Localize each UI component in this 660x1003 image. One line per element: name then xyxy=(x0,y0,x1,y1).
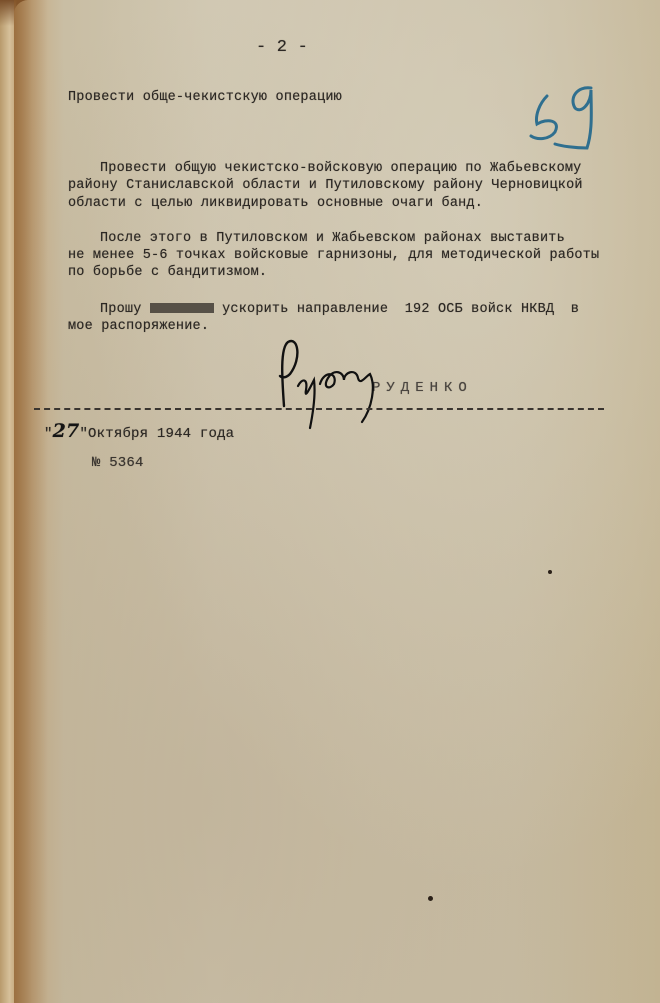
date-open-quote: " xyxy=(44,426,53,442)
paragraph-2-line-1: После этого в Путиловском и Жабьевском р… xyxy=(100,231,565,246)
paragraph-2-line-2: не менее 5-6 точках войсковые гарнизоны,… xyxy=(68,248,599,263)
paragraph-1-line-3: области с целью ликвидировать основные о… xyxy=(68,196,483,211)
date-day-handwritten: 27 xyxy=(53,420,80,442)
paragraph-3-start: Прошу xyxy=(100,302,150,317)
document-heading: Провести обще-чекистскую операцию xyxy=(68,90,342,105)
handwritten-signature xyxy=(272,328,402,438)
page-number: - 2 - xyxy=(256,38,308,57)
date-rest: "Октября 1944 года xyxy=(79,426,234,442)
paragraph-2-line-3: по борьбе с бандитизмом. xyxy=(68,265,267,280)
paragraph-1-line-1: Провести общую чекистско-войсковую опера… xyxy=(100,161,581,176)
paragraph-3-line-2: мое распоряжение. xyxy=(68,319,209,334)
separator-dashed-line xyxy=(34,408,604,410)
paper-speck xyxy=(428,896,433,901)
redacted-word xyxy=(150,303,214,313)
paragraph-3-rest: ускорить направление 192 ОСБ войск НКВД … xyxy=(214,302,579,317)
paragraph-3-line-1: Прошу ускорить направление 192 ОСБ войск… xyxy=(100,302,579,317)
document-number: № 5364 xyxy=(92,455,144,471)
paper-speck xyxy=(548,570,552,574)
paragraph-1-line-2: району Станиславской области и Путиловск… xyxy=(68,178,583,193)
archive-sheet-number xyxy=(525,74,605,154)
document-date: "27"Октября 1944 года xyxy=(44,420,234,442)
